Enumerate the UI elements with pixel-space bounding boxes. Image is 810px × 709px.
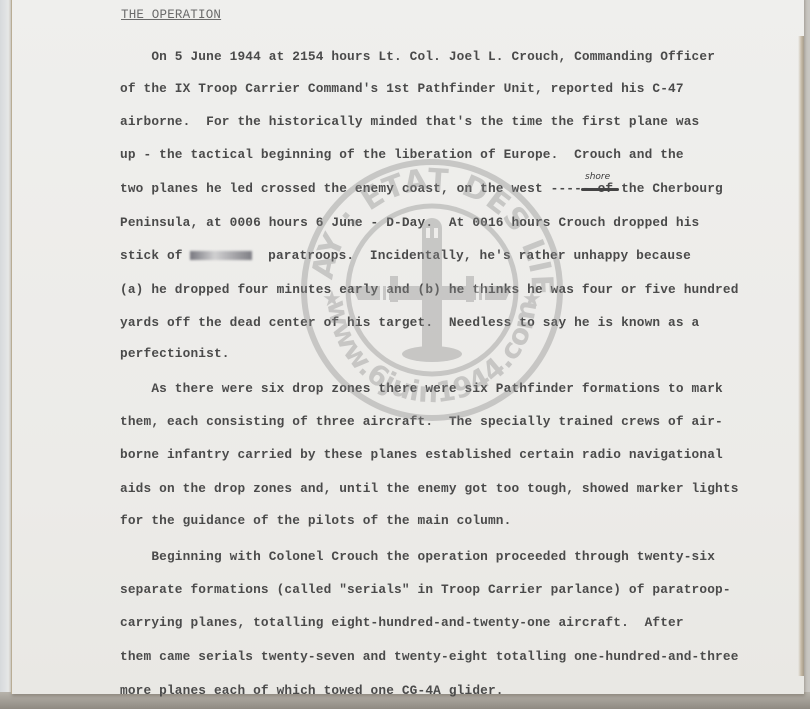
text-line: Peninsula, at 0006 hours 6 June - D-Day.… <box>120 214 699 232</box>
text-line: On 5 June 1944 at 2154 hours Lt. Col. Jo… <box>120 48 715 66</box>
text-line: stick of paratroops. Incidentally, he's … <box>120 247 691 265</box>
text-line: them came serials twenty-seven and twent… <box>120 648 739 666</box>
text-line: aids on the drop zones and, until the en… <box>120 480 739 498</box>
text-line: Beginning with Colonel Crouch the operat… <box>120 548 715 566</box>
text-line: perfectionist. <box>120 345 230 363</box>
text-line: them, each consisting of three aircraft.… <box>120 413 723 431</box>
text-line: for the guidance of the pilots of the ma… <box>120 512 511 530</box>
text-line: As there were six drop zones there were … <box>120 380 723 398</box>
text-line: more planes each of which towed one CG-4… <box>120 682 504 700</box>
redacted-word <box>190 251 252 260</box>
page-edge-stain <box>798 36 804 676</box>
text-line: carrying planes, totalling eight-hundred… <box>120 614 684 632</box>
text-line: yards off the dead center of his target.… <box>120 314 699 332</box>
text-line: of the IX Troop Carrier Command's 1st Pa… <box>120 80 684 98</box>
text-line: (a) he dropped four minutes early and (b… <box>120 281 739 299</box>
text-line: borne infantry carried by these planes e… <box>120 446 723 464</box>
handwritten-correction: shore <box>585 172 610 182</box>
section-heading: THE OPERATION <box>121 8 221 22</box>
text-line: two planes he led crossed the enemy coas… <box>120 180 723 198</box>
text-line: separate formations (called "serials" in… <box>120 581 731 599</box>
typewritten-page: THE OPERATION On 5 June 1944 at 2154 hou… <box>11 0 804 694</box>
struck-word <box>581 188 619 191</box>
text-line: airborne. For the historically minded th… <box>120 113 699 131</box>
text-line: up - the tactical beginning of the liber… <box>120 146 684 164</box>
